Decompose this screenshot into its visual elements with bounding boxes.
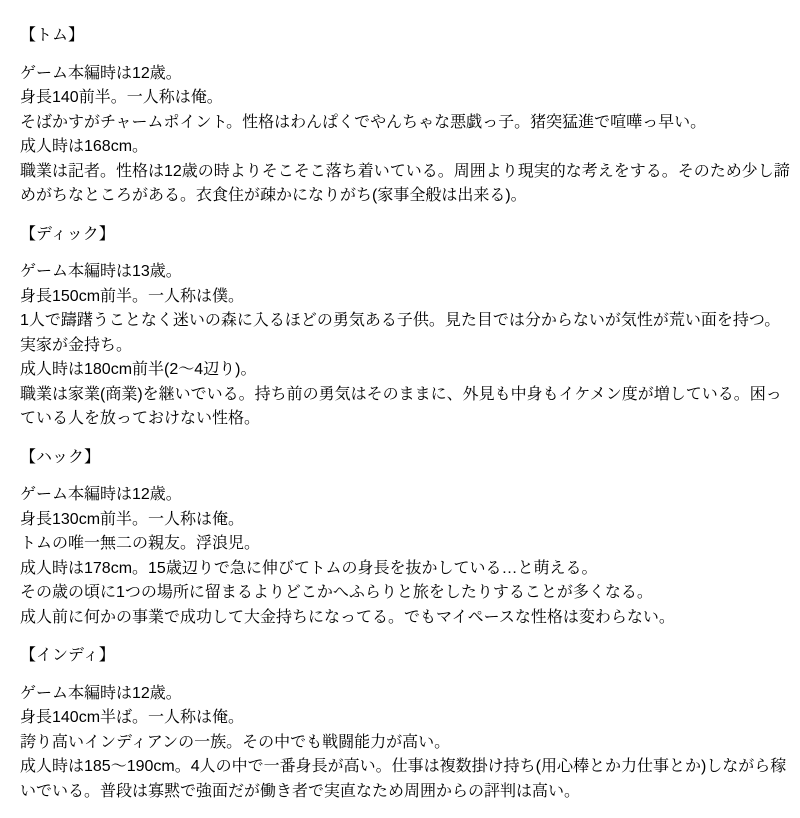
section-dick: 【ディック】 ゲーム本編時は13歳。 身長150cm前半。一人称は僕。 1人で躊… [20,223,780,432]
text-line: 実家が金持ち。 [20,334,780,359]
text-line: 成人時は180cm前半(2～4辺り)。 [20,358,780,383]
character-profile-document: 【トム】 ゲーム本編時は12歳。 身長140前半。一人称は俺。 そばかすがチャー… [0,0,800,818]
text-line: 成人時は168cm。 [20,135,780,160]
text-line: 成人時は178cm。15歳辺りで急に伸びてトムの身長を抜かしている…と萌える。 [20,557,780,582]
text-line: いでいる。普段は寡黙で強面だが働き者で実直なため周囲からの評判は高い。 [20,780,780,805]
section-heading-indy: 【インディ】 [20,644,780,669]
text-line: 身長140前半。一人称は俺。 [20,86,780,111]
text-line: 職業は記者。性格は12歳の時よりそこそこ落ち着いている。周囲より現実的な考えをす… [20,160,780,185]
text-line: 身長150cm前半。一人称は僕。 [20,285,780,310]
text-line: そばかすがチャームポイント。性格はわんぱくでやんちゃな悪戯っ子。猪突猛進で喧嘩っ… [20,111,780,136]
text-line: トムの唯一無二の親友。浮浪児。 [20,532,780,557]
section-body-dick: ゲーム本編時は13歳。 身長150cm前半。一人称は僕。 1人で躊躇うことなく迷… [20,260,780,432]
text-line: ている人を放っておけない性格。 [20,407,780,432]
text-line: ゲーム本編時は13歳。 [20,260,780,285]
section-body-tom: ゲーム本編時は12歳。 身長140前半。一人称は俺。 そばかすがチャームポイント… [20,62,780,209]
text-line: 誇り高いインディアンの一族。その中でも戦闘能力が高い。 [20,731,780,756]
section-heading-huck: 【ハック】 [20,446,780,471]
text-line: 身長140cm半ば。一人称は俺。 [20,706,780,731]
text-line: 職業は家業(商業)を継いでいる。持ち前の勇気はそのままに、外見も中身もイケメン度… [20,383,780,408]
text-line: 1人で躊躇うことなく迷いの森に入るほどの勇気ある子供。見た目では分からないが気性… [20,309,780,334]
text-line: 成人前に何かの事業で成功して大金持ちになってる。でもマイペースな性格は変わらない… [20,606,780,631]
section-heading-tom: 【トム】 [20,24,780,49]
section-body-indy: ゲーム本編時は12歳。 身長140cm半ば。一人称は俺。 誇り高いインディアンの… [20,682,780,805]
section-body-huck: ゲーム本編時は12歳。 身長130cm前半。一人称は俺。 トムの唯一無二の親友。… [20,483,780,630]
text-line: その歳の頃に1つの場所に留まるよりどこかへふらりと旅をしたりすることが多くなる。 [20,581,780,606]
text-line: ゲーム本編時は12歳。 [20,62,780,87]
text-line: ゲーム本編時は12歳。 [20,483,780,508]
section-heading-dick: 【ディック】 [20,223,780,248]
text-line: 身長130cm前半。一人称は俺。 [20,508,780,533]
section-indy: 【インディ】 ゲーム本編時は12歳。 身長140cm半ば。一人称は俺。 誇り高い… [20,644,780,804]
text-line: 成人時は185～190cm。4人の中で一番身長が高い。仕事は複数掛け持ち(用心棒… [20,755,780,780]
text-line: めがちなところがある。衣食住が疎かになりがち(家事全般は出来る)。 [20,184,780,209]
section-tom: 【トム】 ゲーム本編時は12歳。 身長140前半。一人称は俺。 そばかすがチャー… [20,24,780,209]
text-line: ゲーム本編時は12歳。 [20,682,780,707]
section-huck: 【ハック】 ゲーム本編時は12歳。 身長130cm前半。一人称は俺。 トムの唯一… [20,446,780,631]
